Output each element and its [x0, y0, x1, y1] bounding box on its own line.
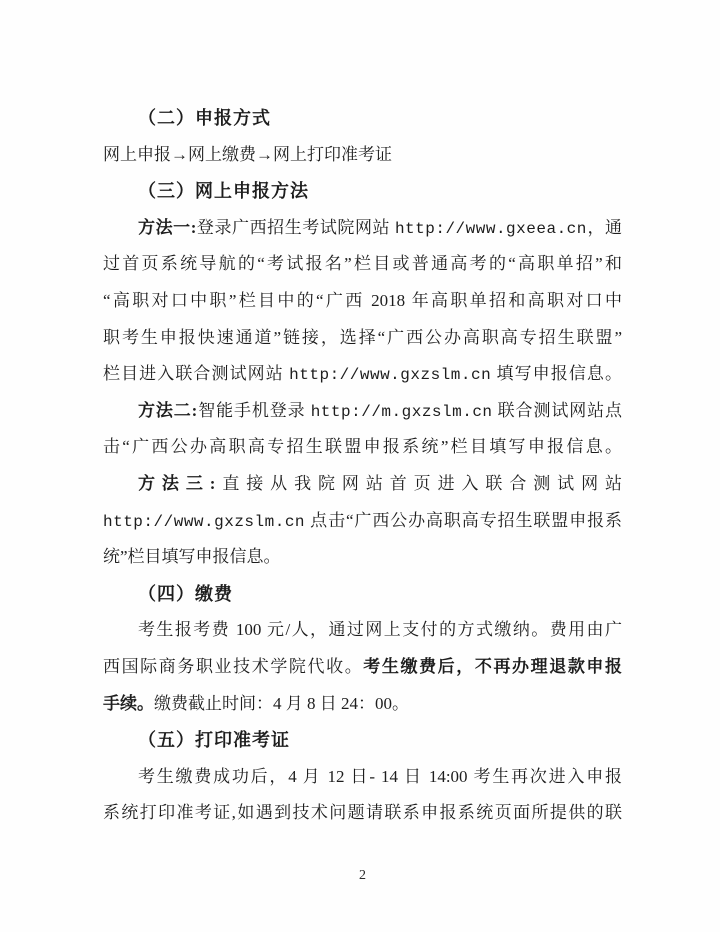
text-segment: 系统打印准考证,如遇到技术问题请联系申报系统页面所提供的联	[103, 803, 622, 822]
text-segment: 填写申报信息。	[491, 364, 622, 383]
text-segment: （五）打印准考证	[138, 730, 290, 750]
text-segment: 智能手机登录	[197, 401, 310, 420]
text-segment: 栏目进入联合测试网站	[103, 364, 289, 383]
text-segment: 联合测试网站点	[493, 401, 622, 420]
page-number: 2	[103, 866, 622, 886]
text-segment: 直接从我院网站首页进入联合测试网站	[215, 474, 622, 493]
text-segment: 登录广西招生考试院网站	[196, 218, 395, 237]
text-line: 方法一:登录广西招生考试院网站 http://www.gxeea.cn，通	[103, 210, 622, 247]
text-line: “高职对口中职”栏目中的“广西 2018 年高职单招和高职对口中	[103, 283, 622, 320]
url-text: http://www.gxzslm.cn	[103, 513, 305, 531]
text-segment: 手续。	[103, 694, 154, 713]
text-segment: 网上申报→网上缴费→网上打印准考证	[103, 145, 392, 164]
text-segment: 职考生申报快速通道”链接，选择“广西公办高职高专招生联盟”	[103, 328, 622, 347]
text-line: 西国际商务职业技术学院代收。考生缴费后，不再办理退款申报	[103, 649, 622, 686]
section-heading: （四）缴费	[103, 576, 622, 613]
url-text: http://www.gxeea.cn	[395, 220, 587, 238]
text-line: 网上申报→网上缴费→网上打印准考证	[103, 137, 622, 174]
text-segment: （二）申报方式	[138, 108, 271, 128]
text-segment: “高职对口中职”栏目中的“广西 2018 年高职单招和高职对口中	[103, 291, 622, 310]
text-segment: 点击“广西公办高职高专招生联盟申报系	[305, 511, 622, 530]
text-line: 过首页系统导航的“考试报名”栏目或普通高考的“高职单招”和	[103, 246, 622, 283]
text-line: 考生报考费 100 元/人，通过网上支付的方式缴纳。费用由广	[103, 612, 622, 649]
text-line: 击“广西公办高职高专招生联盟申报系统”栏目填写申报信息。	[103, 429, 622, 466]
text-line: 考生缴费成功后，4 月 12 日- 14 日 14:00 考生再次进入申报	[103, 759, 622, 796]
text-line: 统”栏目填写申报信息。	[103, 539, 622, 576]
text-segment: 统”栏目填写申报信息。	[103, 547, 281, 566]
text-segment: 方法三:	[138, 474, 215, 493]
text-segment: 考生报考费 100 元/人，通过网上支付的方式缴纳。费用由广	[138, 620, 622, 639]
section-heading: （三）网上申报方法	[103, 173, 622, 210]
text-line: 手续。缴费截止时间：4 月 8 日 24：00。	[103, 686, 622, 723]
text-segment: ，通	[587, 218, 622, 237]
section-heading: （五）打印准考证	[103, 722, 622, 759]
text-segment: 击“广西公办高职高专招生联盟申报系统”栏目填写申报信息。	[103, 437, 622, 456]
section-heading: （二）申报方式	[103, 100, 622, 137]
url-text: http://m.gxzslm.cn	[311, 403, 493, 421]
text-segment: 考生缴费成功后，4 月 12 日- 14 日 14:00 考生再次进入申报	[138, 767, 622, 786]
text-segment: 考生缴费后，不再办理退款申报	[363, 657, 622, 676]
text-segment: 方法一:	[138, 218, 196, 237]
text-segment: 缴费截止时间：4 月 8 日 24：00。	[154, 694, 409, 713]
text-line: http://www.gxzslm.cn 点击“广西公办高职高专招生联盟申报系	[103, 503, 622, 540]
text-segment: （四）缴费	[138, 584, 233, 604]
text-line: 系统打印准考证,如遇到技术问题请联系申报系统页面所提供的联	[103, 795, 622, 832]
text-segment: 西国际商务职业技术学院代收。	[103, 657, 363, 676]
text-line: 栏目进入联合测试网站 http://www.gxzslm.cn 填写申报信息。	[103, 356, 622, 393]
document-content: （二）申报方式网上申报→网上缴费→网上打印准考证（三）网上申报方法方法一:登录广…	[103, 100, 622, 832]
text-segment: 过首页系统导航的“考试报名”栏目或普通高考的“高职单招”和	[103, 254, 622, 273]
url-text: http://www.gxzslm.cn	[289, 366, 491, 384]
text-line: 职考生申报快速通道”链接，选择“广西公办高职高专招生联盟”	[103, 320, 622, 357]
document-page: （二）申报方式网上申报→网上缴费→网上打印准考证（三）网上申报方法方法一:登录广…	[0, 0, 720, 932]
text-line: 方法二:智能手机登录 http://m.gxzslm.cn 联合测试网站点	[103, 393, 622, 430]
text-line: 方法三:直接从我院网站首页进入联合测试网站	[103, 466, 622, 503]
text-segment: （三）网上申报方法	[138, 181, 309, 201]
text-segment: 方法二:	[138, 401, 197, 420]
